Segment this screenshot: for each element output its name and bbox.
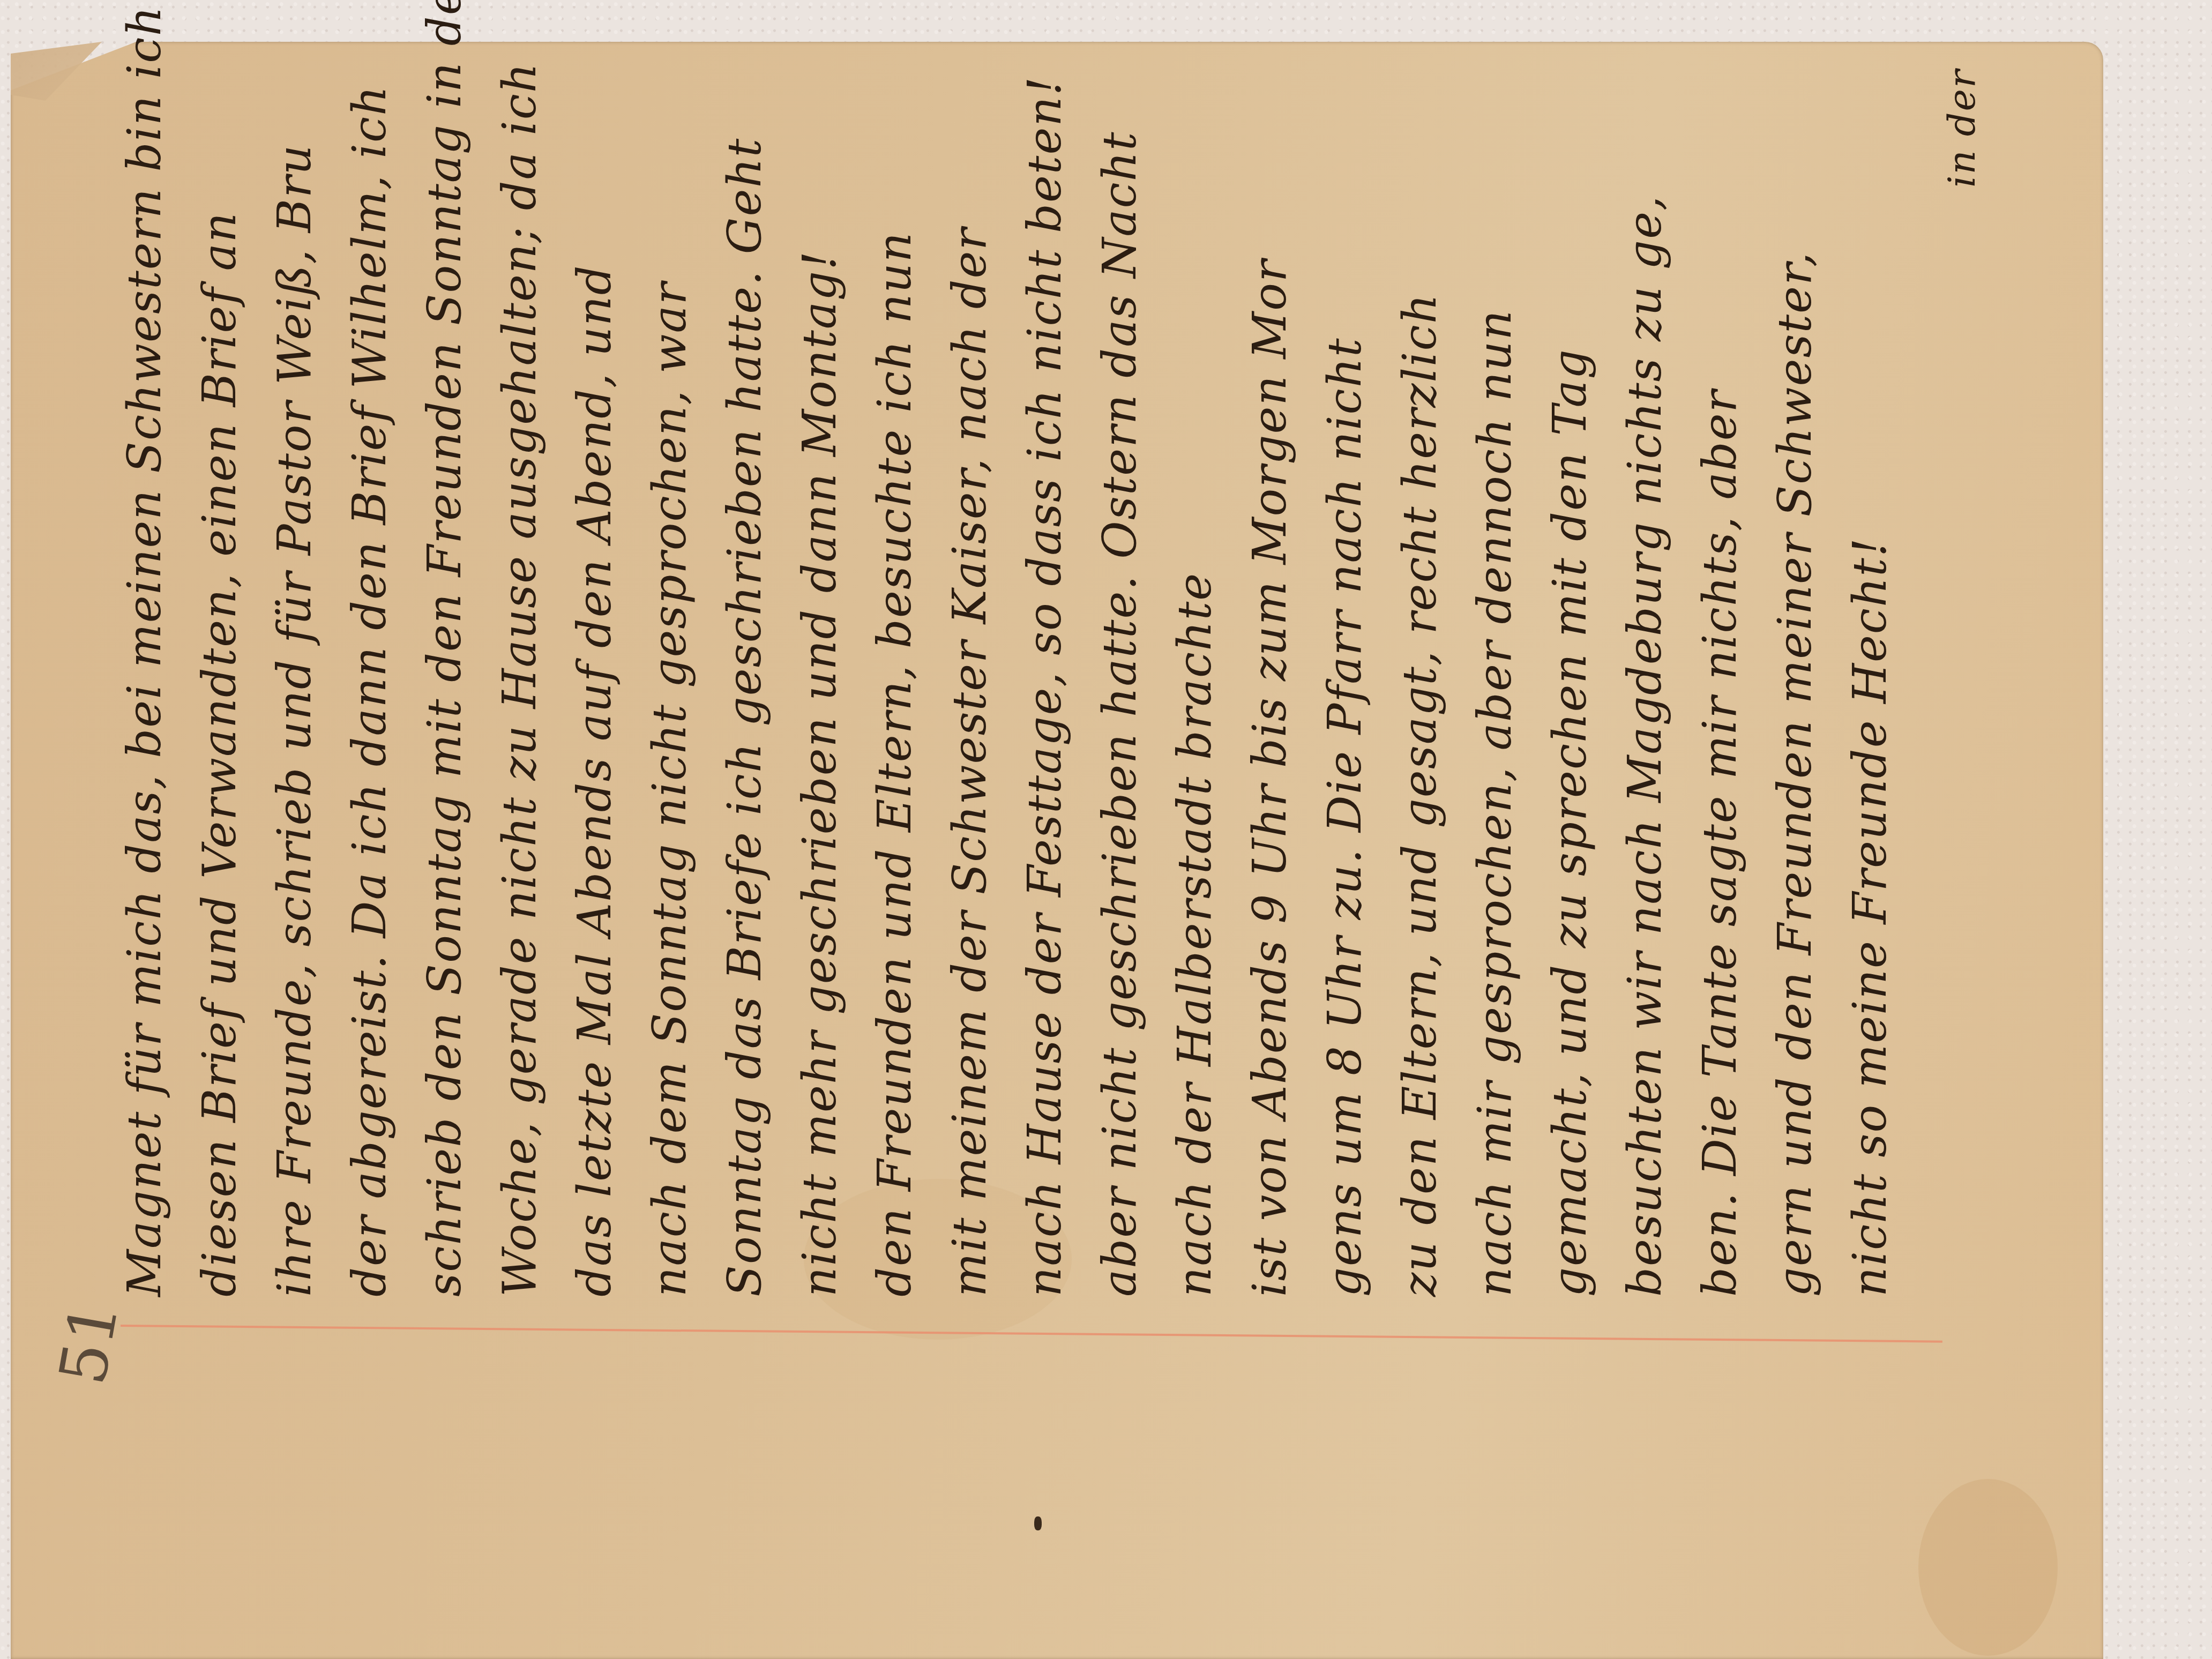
text-line: ihre Freunde, schrieb und für Pastor Wei… [268, 144, 322, 1297]
text-line: gens um 8 Uhr zu. Die Pfarr nach nicht [1318, 337, 1372, 1297]
text-line: Sonntag das Briefe ich geschrieben hatte… [718, 138, 772, 1297]
text-line: nach der Halberstadt brachte [1168, 572, 1222, 1297]
catchword: in der [1940, 69, 1984, 188]
text-line: Magnet für mich das, bei meinen Schweste… [118, 5, 171, 1297]
text-line: besuchten wir nach Magdeburg nichts zu g… [1618, 195, 1672, 1297]
text-line: schrieb den Sonntag mit den Freunden Son… [418, 0, 472, 1297]
text-line: der abgereist. Da ich dann den Brief Wil… [343, 85, 397, 1297]
text-line: den Freunden und Eltern, besuchte ich nu… [868, 231, 922, 1297]
handwritten-text: Magnet für mich das, bei meinen Schweste… [0, 0, 2212, 1659]
text-line: ben. Die Tante sagte mir nichts, aber [1693, 389, 1747, 1297]
text-line: gern und den Freunden meiner Schwester, [1768, 251, 1822, 1297]
text-line: das letzte Mal Abends auf den Abend, und [568, 265, 622, 1297]
text-line: aber nicht geschrieben hatte. Ostern das… [1093, 131, 1147, 1297]
text-line: ist von Abends 9 Uhr bis zum Morgen Mor [1243, 259, 1297, 1297]
text-line: nach mir gesprochen, aber dennoch nun [1468, 309, 1522, 1297]
text-line: Woche, gerade nicht zu Hause ausgehalten… [493, 62, 547, 1297]
text-line: mit meinem der Schwester Kaiser, nach de… [943, 227, 997, 1297]
text-line: nicht so meine Freunde Hecht! [1843, 537, 1897, 1297]
text-line: gemacht, und zu sprechen mit den Tag [1543, 348, 1597, 1297]
text-line: nicht mehr geschrieben und dann Montag! [793, 250, 847, 1297]
text-line: diesen Brief und Verwandten, einen Brief… [193, 212, 246, 1297]
text-line: zu den Eltern, und gesagt, recht herzlic… [1393, 293, 1447, 1297]
text-line: nach dem Sonntag nicht gesprochen, war [643, 281, 697, 1297]
text-line: nach Hause der Festtage, so dass ich nic… [1018, 76, 1072, 1297]
